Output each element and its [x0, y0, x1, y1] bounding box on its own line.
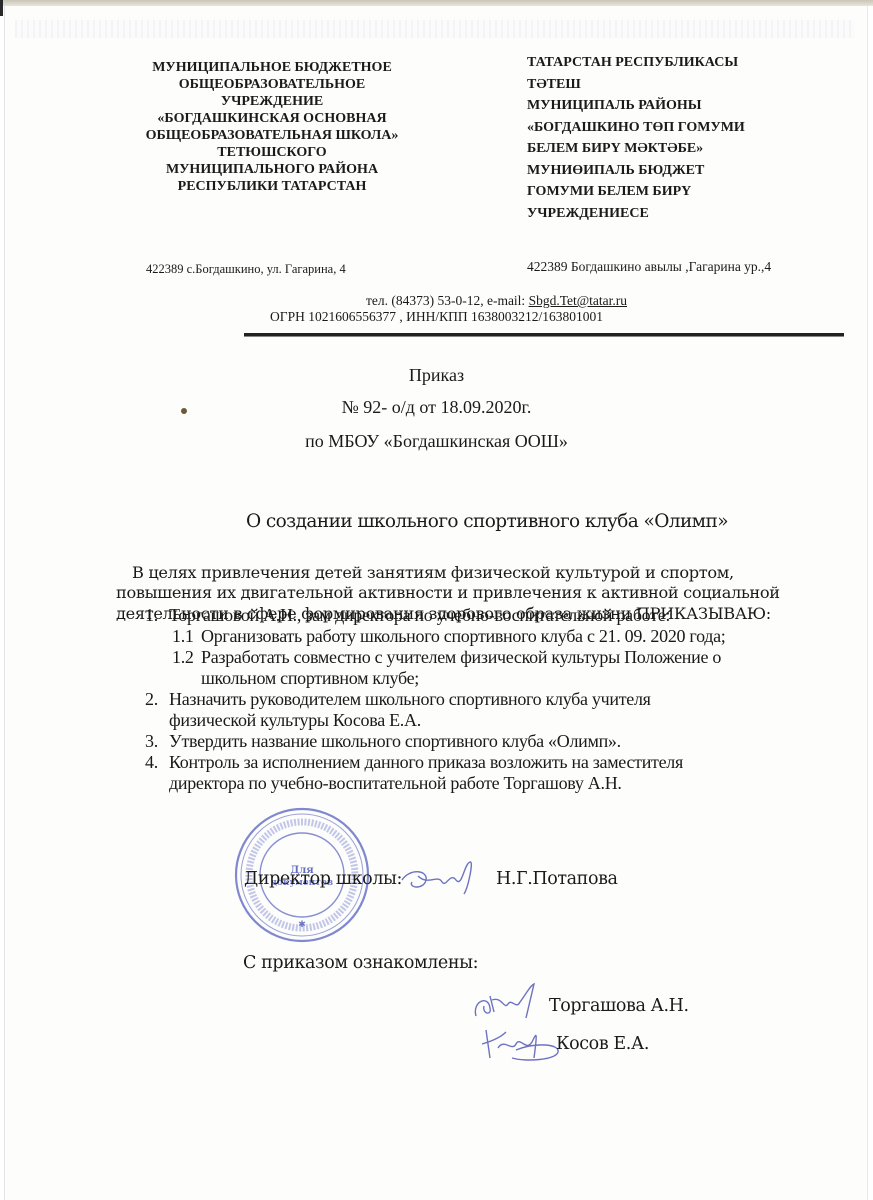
phone-text: тел. (84373) 53-0-12, e-mail: [366, 293, 529, 308]
list-item: 1. Торгашовой А.Н., зам директора по уче… [145, 605, 845, 626]
director-signature-icon [398, 858, 478, 898]
item-number: 1.2 [172, 647, 194, 668]
item-number: 1.1 [172, 626, 194, 647]
item-text: Организовать работу школьного спортивног… [145, 626, 845, 647]
item-number: 4. [145, 752, 158, 773]
email-link[interactable]: Sbgd.Tet@tatar.ru [529, 293, 627, 308]
scan-noise [15, 20, 855, 38]
contact-line: тел. (84373) 53-0-12, e-mail: Sbgd.Tet@t… [0, 293, 873, 309]
item-text: Утвердить название школьного спортивного… [145, 731, 845, 752]
acknowledgement-label: С приказом ознакомлены: [243, 953, 478, 973]
signature-torgashova-icon [468, 982, 548, 1022]
address-left: 422389 с.Богдашкино, ул. Гагарина, 4 [146, 262, 346, 277]
item-text: Торгашовой А.Н., зам директора по учебно… [145, 605, 845, 626]
list-item: 1.2 Разработать совместно с учителем физ… [145, 647, 845, 689]
order-title: Приказ [0, 365, 873, 386]
contact-block: тел. (84373) 53-0-12, e-mail: Sbgd.Tet@t… [0, 293, 873, 325]
item-text-cont: школьном спортивном клубе; [145, 668, 845, 689]
ack-person: Косов Е.А. [556, 1034, 649, 1054]
registry-line: ОГРН 1021606556377 , ИНН/КПП 1638003212/… [0, 309, 873, 325]
item-text: Разработать совместно с учителем физичес… [145, 647, 845, 668]
preamble-line: В целях привлечения детей занятиям физич… [116, 563, 861, 583]
list-item: 4. Контроль за исполнением данного прика… [145, 752, 845, 794]
item-text: Контроль за исполнением данного приказа … [145, 752, 845, 773]
item-text: Назначить руководителем школьного спорти… [145, 689, 845, 710]
order-organization: по МБОУ «Богдашкинская ООШ» [0, 431, 873, 452]
ack-person: Торгашова А.Н. [549, 996, 689, 1016]
address-right: 422389 Богдашкино авылы ,Гагарина ур.,4 [527, 259, 771, 275]
signature-kosov-icon [476, 1022, 566, 1066]
director-label: Директор школы: [244, 869, 402, 889]
item-text-cont: директора по учебно-воспитательной работ… [145, 773, 845, 794]
item-number: 1. [145, 605, 158, 626]
list-item: 1.1 Организовать работу школьного спорти… [145, 626, 845, 647]
preamble-line: повышения их двигательной активности и п… [116, 583, 861, 603]
svg-text:✱: ✱ [298, 919, 306, 929]
header-divider [244, 333, 844, 337]
scan-speck [181, 408, 187, 414]
order-items: 1. Торгашовой А.Н., зам директора по уче… [145, 605, 845, 794]
item-number: 2. [145, 689, 158, 710]
order-number: № 92- о/д от 18.09.2020г. [0, 397, 873, 418]
item-text-cont: физической культуры Косова Е.А. [145, 710, 845, 731]
header-right-tatar: ТАТАРСТАН РЕСПУБЛИКАСЫ ТӘТЕШ МУНИЦИПАЛЬ … [527, 52, 857, 224]
director-name: Н.Г.Потапова [496, 869, 618, 889]
header-left-russian: МУНИЦИПАЛЬНОЕ БЮДЖЕТНОЕ ОБЩЕОБРАЗОВАТЕЛЬ… [113, 59, 431, 195]
list-item: 3. Утвердить название школьного спортивн… [145, 731, 845, 752]
scan-edge [0, 0, 3, 16]
item-number: 3. [145, 731, 158, 752]
list-item: 2. Назначить руководителем школьного спо… [145, 689, 845, 731]
order-subject: О создании школьного спортивного клуба «… [246, 511, 728, 532]
